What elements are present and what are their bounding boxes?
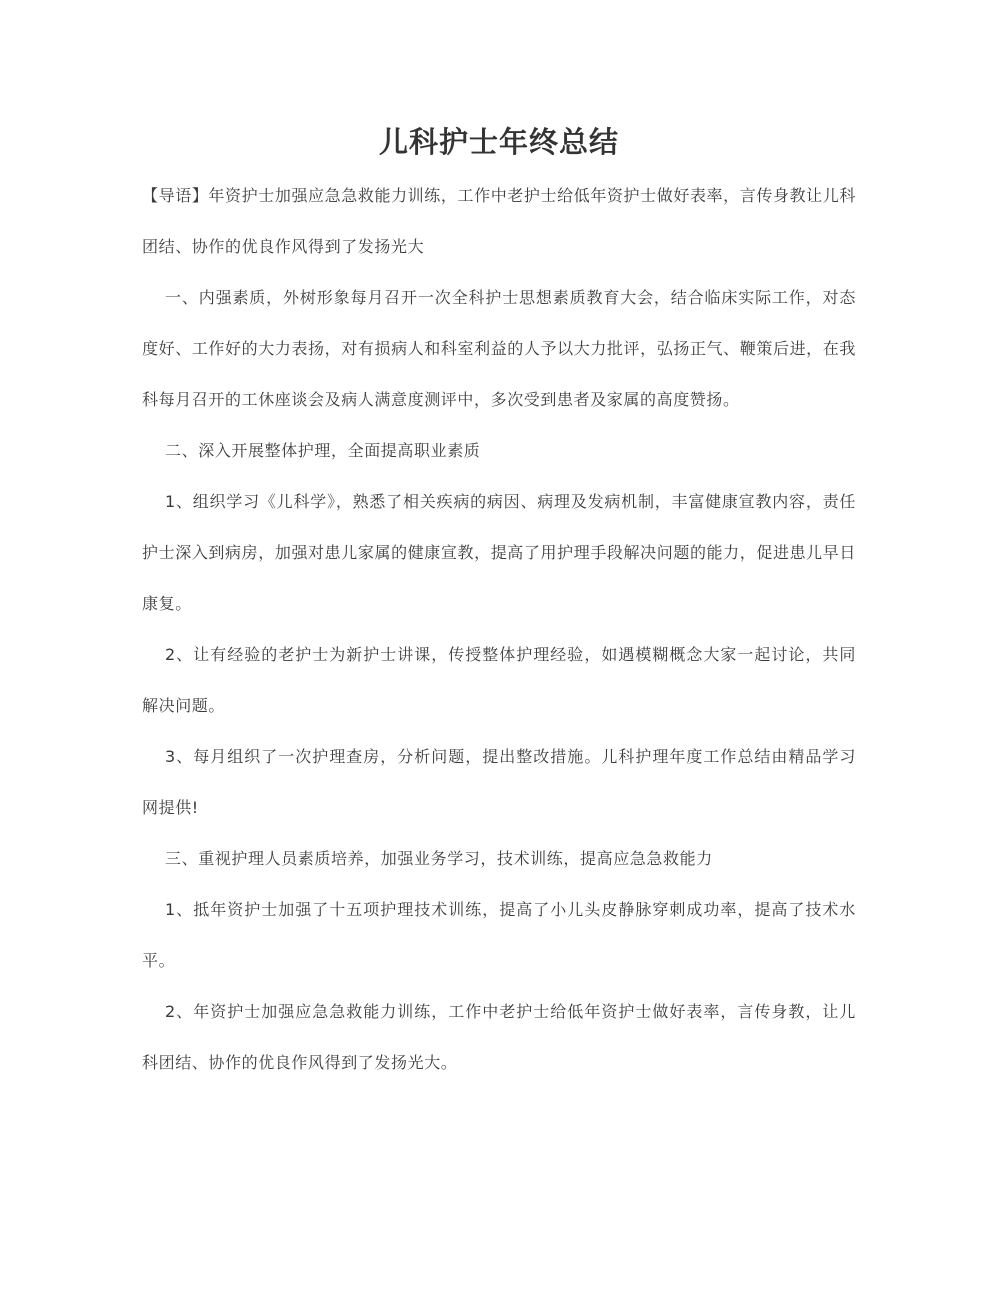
paragraph-intro: 【导语】年资护士加强应急急救能力训练，工作中老护士给低年资护士做好表率，言传身教… <box>142 170 856 272</box>
paragraph-section-3-item-2: 2、年资护士加强应急急救能力训练，工作中老护士给低年资护士做好表率，言传身教，让… <box>142 986 856 1088</box>
paragraph-section-1: 一、内强素质，外树形象每月召开一次全科护士思想素质教育大会，结合临床实际工作，对… <box>142 272 856 425</box>
paragraph-section-3-heading: 三、重视护理人员素质培养，加强业务学习，技术训练，提高应急急救能力 <box>142 833 856 884</box>
document-body: 【导语】年资护士加强应急急救能力训练，工作中老护士给低年资护士做好表率，言传身教… <box>142 170 856 1088</box>
paragraph-section-3-item-1: 1、抵年资护士加强了十五项护理技术训练，提高了小儿头皮静脉穿刺成功率，提高了技术… <box>142 884 856 986</box>
paragraph-section-2-item-1: 1、组织学习《儿科学》，熟悉了相关疾病的病因、病理及发病机制，丰富健康宣教内容，… <box>142 476 856 629</box>
paragraph-section-2-heading: 二、深入开展整体护理，全面提高职业素质 <box>142 425 856 476</box>
paragraph-section-2-item-2: 2、让有经验的老护士为新护士讲课，传授整体护理经验，如遇模糊概念大家一起讨论，共… <box>142 629 856 731</box>
document-page: 儿科护士年终总结 【导语】年资护士加强应急急救能力训练，工作中老护士给低年资护士… <box>0 0 1000 1295</box>
paragraph-section-2-item-3: 3、每月组织了一次护理查房，分析问题，提出整改措施。儿科护理年度工作总结由精品学… <box>142 731 856 833</box>
document-title: 儿科护士年终总结 <box>142 122 856 162</box>
